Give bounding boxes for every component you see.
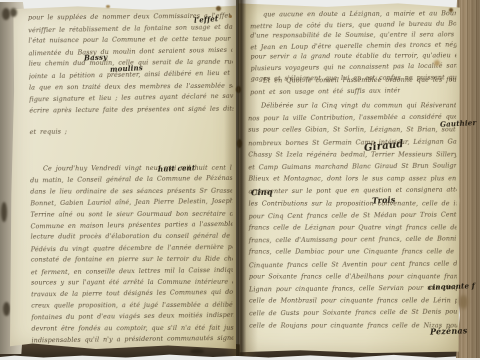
manuscript-line: Cinquante francs celle St Aventin pour c… [249, 257, 457, 271]
stain [106, 5, 110, 8]
manuscript-line: indispensables qu'il n'y a présideront c… [31, 333, 233, 347]
manuscript-line: pont et son usage ont été suffis aux int… [250, 85, 400, 97]
manuscript-line: écrire après lecture faite des présentes… [29, 103, 233, 117]
manuscript-line: Chassy St Izela régénéra bedmal, Terrier… [248, 148, 456, 160]
manuscript-line: nombreux bornes St Germain Camp intérieu… [248, 135, 456, 149]
manuscript-line: celle de Roujans pour cinquante francs c… [249, 319, 457, 331]
right-page-paragraph-3: Délibérée sur la Cinq vingt du commun qu… [248, 99, 457, 332]
left-page-paragraph-1: pour le supplées de nommer deux Commissa… [28, 10, 234, 139]
manuscript-line: pour Cinq Cent francs celle de St Médan … [249, 208, 457, 222]
binding-blotch [2, 8, 10, 20]
manuscript-scan: pour le supplées de nommer deux Commissa… [0, 0, 480, 360]
manuscript-line: celle de Gusts pour Soixante francs cell… [249, 306, 457, 320]
manuscript-line: sus pour celles Gibian, St Sorlin, Lézig… [248, 124, 456, 136]
manuscript-line: Et en Quoi le conseil l'assemblée ordonn… [263, 75, 456, 86]
manuscript-line: les Contributions sur la proposition con… [249, 197, 457, 209]
manuscript-line: francs, celle Dambiac pour une Cinquante… [249, 246, 457, 258]
right-page-paragraph-2: Et en Quoi le conseil l'assemblée ordonn… [250, 74, 456, 97]
right-page-paragraph-1: que aucune en doute a Lézignan, a mairie… [250, 8, 457, 84]
manuscript-line: pour Soixante francs celle d'Abeilhans p… [249, 270, 457, 282]
binding-blotch [1, 202, 7, 222]
binding-blotch [3, 302, 10, 316]
gutter-crease [236, 0, 239, 356]
left-page-paragraph-2: Ce jourd'huy Vendredi vingt neuf mai mil… [30, 162, 234, 346]
manuscript-line: et requis ; [30, 126, 90, 139]
manuscript-line: argumenter sur le pont que en question e… [248, 184, 456, 198]
